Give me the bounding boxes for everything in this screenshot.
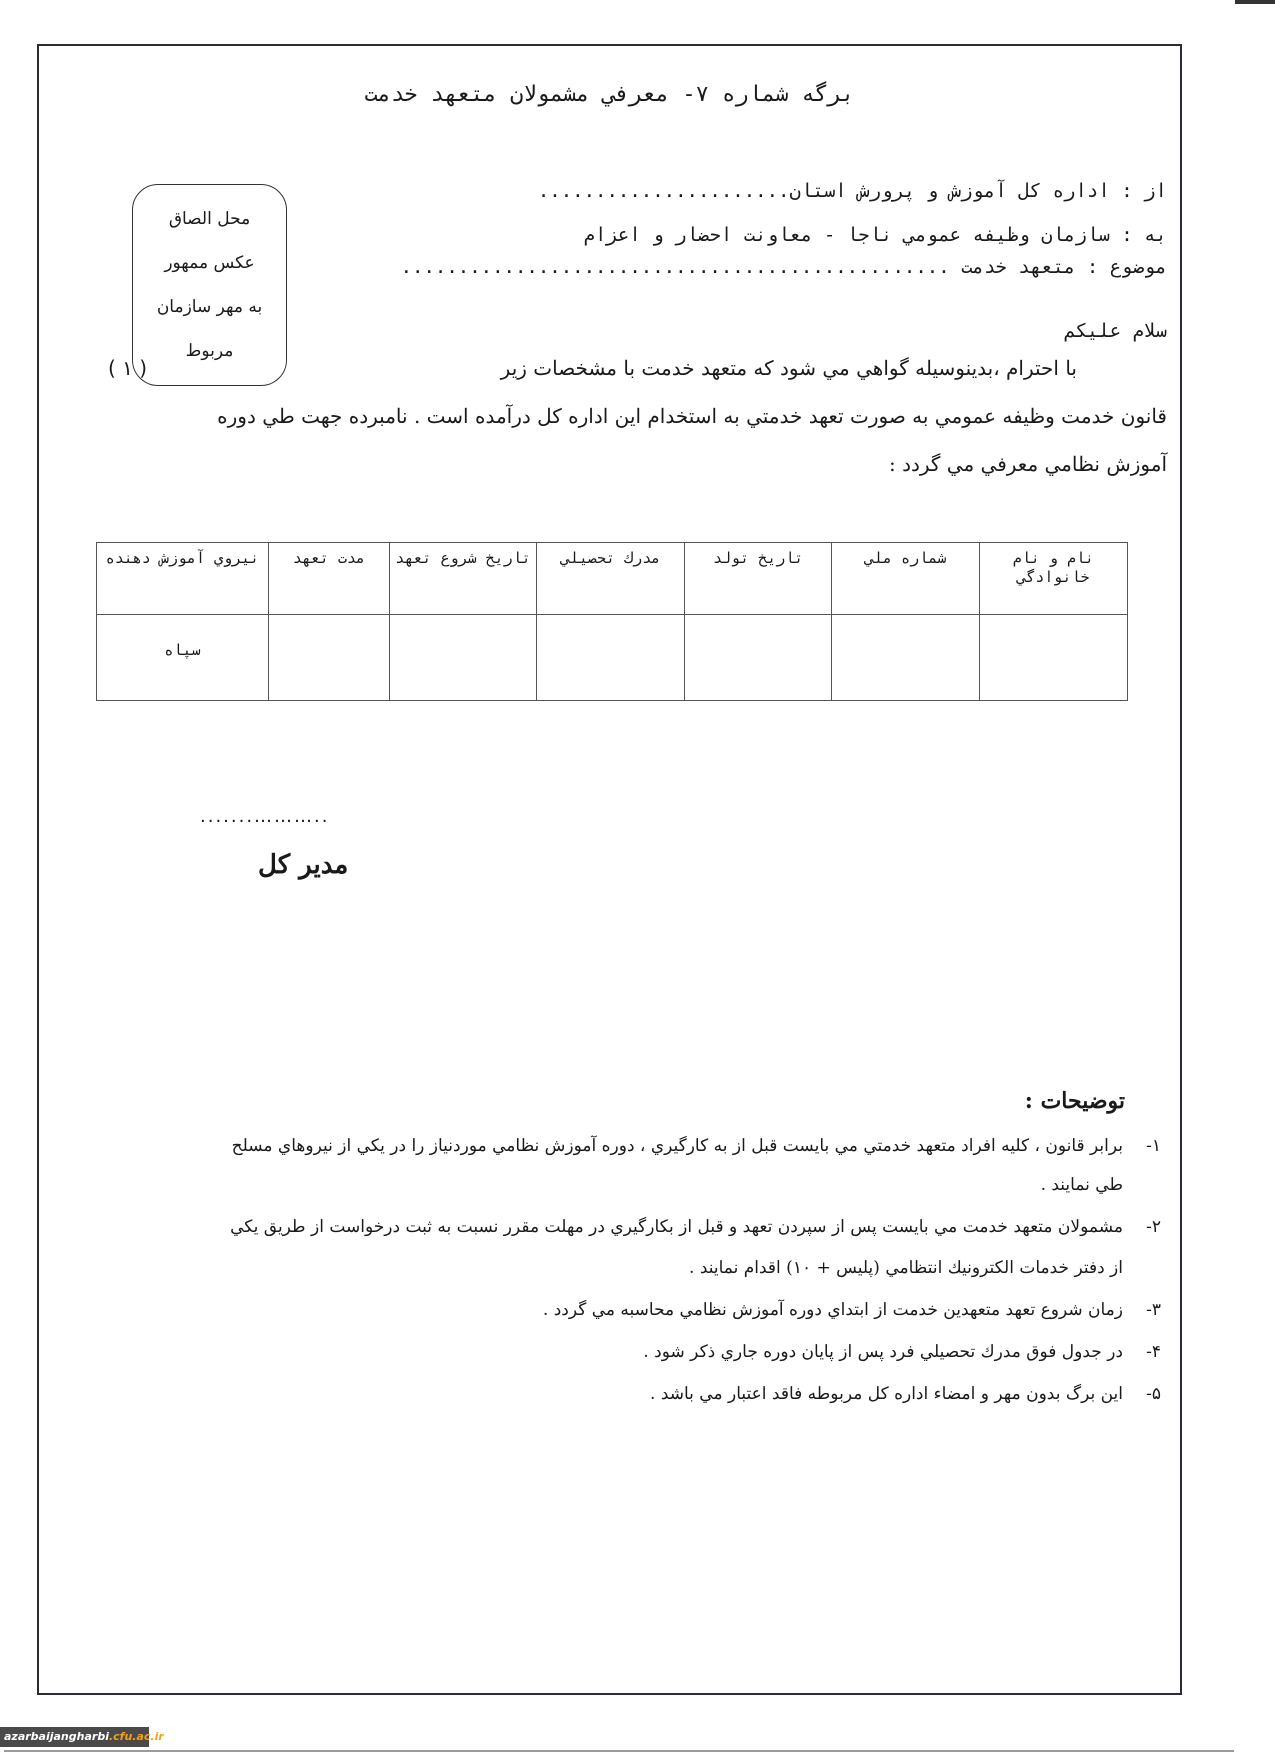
note-5-number: ۵- [1146, 1384, 1161, 1404]
col-training-force: نيروي آموزش دهنده [97, 543, 269, 615]
col-full-name: نام و نام خانوادگي [979, 543, 1127, 615]
note-2-text: مشمولان متعهد خدمت مي بايست پس از سپردن … [230, 1217, 1123, 1237]
table-header-row: نام و نام خانوادگي شماره ملي تاريخ تولد … [97, 543, 1128, 615]
cell-full-name[interactable] [979, 615, 1127, 701]
greeting: سلام عليكم [1064, 320, 1167, 342]
signature-blank[interactable]: .......……….. [200, 806, 330, 827]
photo-box-line-2: عكس ممهور [164, 253, 254, 273]
note-4-text: در جدول فوق مدرك تحصيلي فرد پس از پايان … [643, 1342, 1123, 1362]
letter-line-3: آموزش نظامي معرفي مي گردد : [889, 452, 1167, 476]
signature-title: مدير كل [258, 850, 348, 880]
site-watermark-logo[interactable]: azarbaijangharbi.cfu.ac.ir [0, 1727, 149, 1747]
cell-commitment-duration[interactable] [268, 615, 389, 701]
note-1: ۱- برابر قانون ، كليه افراد متعهد خدمتي … [232, 1136, 1123, 1156]
photo-box-line-4: مربوط [186, 341, 234, 361]
scan-bottom-rule [4, 1750, 1234, 1752]
letter-line-1: با احترام ،بدينوسيله گواهي مي شود كه متع… [501, 356, 1077, 380]
photo-box-line-1: محل الصاق [169, 209, 250, 229]
cell-national-id[interactable] [832, 615, 979, 701]
form-title: برگه شماره ۷- معرفي مشمولان متعهد خدمت [37, 82, 1182, 107]
site-name: azarbaijangharbi [4, 1730, 109, 1743]
col-national-id: شماره ملي [832, 543, 979, 615]
note-2: ۲- مشمولان متعهد خدمت مي بايست پس از سپر… [230, 1217, 1123, 1237]
letter-line-1-paren: ( ۱ ) [108, 356, 147, 380]
cell-training-force: سپاه [97, 615, 269, 701]
subject-blank[interactable]: ........................................… [401, 256, 950, 278]
col-education: مدرك تحصيلي [537, 543, 685, 615]
notes-title: توضيحات : [1025, 1088, 1125, 1114]
col-birth-date: تاريخ تولد [684, 543, 831, 615]
site-domain: .cfu.ac.ir [109, 1730, 164, 1743]
cell-education[interactable] [537, 615, 685, 701]
col-commitment-duration: مدت تعهد [268, 543, 389, 615]
subject-label: موضوع : متعهد خدمت [961, 256, 1167, 278]
cell-commitment-start[interactable] [389, 615, 536, 701]
scan-corner-mark [1235, 0, 1275, 4]
col-commitment-start: تاريخ شروع تعهد [389, 543, 536, 615]
note-4: ۴- در جدول فوق مدرك تحصيلي فرد پس از پاي… [643, 1342, 1123, 1362]
note-2-cont: از دفتر خدمات الكترونيك انتظامي (پليس + … [689, 1258, 1123, 1278]
note-3-number: ۳- [1146, 1300, 1161, 1320]
note-4-number: ۴- [1146, 1342, 1161, 1362]
note-1-number: ۱- [1146, 1136, 1161, 1156]
cell-birth-date[interactable] [684, 615, 831, 701]
conscript-table: نام و نام خانوادگي شماره ملي تاريخ تولد … [96, 542, 1128, 701]
note-3-text: زمان شروع تعهد متعهدين خدمت از ابتداي دو… [543, 1300, 1123, 1320]
table-row: سپاه [97, 615, 1128, 701]
to-line: به : سازمان وظيفه عمومي ناجا - معاونت اح… [584, 224, 1167, 246]
note-1-cont: طي نمايند . [1041, 1175, 1123, 1195]
note-5: ۵- اين برگ بدون مهر و امضاء اداره كل مرب… [650, 1384, 1123, 1404]
note-3: ۳- زمان شروع تعهد متعهدين خدمت از ابتداي… [543, 1300, 1123, 1320]
from-line: از : اداره كل آموزش و پرورش استان.......… [538, 180, 1167, 202]
province-blank[interactable]: ...................... [538, 180, 790, 202]
note-2-number: ۲- [1146, 1217, 1161, 1237]
photo-box-line-3: به مهر سازمان [157, 297, 262, 317]
note-1-text: برابر قانون ، كليه افراد متعهد خدمتي مي … [232, 1136, 1123, 1156]
from-label: از : اداره كل آموزش و پرورش استان [790, 180, 1168, 202]
photo-attach-box[interactable]: محل الصاق عكس ممهور به مهر سازمان مربوط [132, 184, 287, 386]
note-5-text: اين برگ بدون مهر و امضاء اداره كل مربوطه… [650, 1384, 1123, 1404]
letter-line-2: قانون خدمت وظيفه عمومي به صورت تعهد خدمت… [217, 404, 1167, 428]
subject-line: موضوع : متعهد خدمت .....................… [401, 256, 1167, 278]
